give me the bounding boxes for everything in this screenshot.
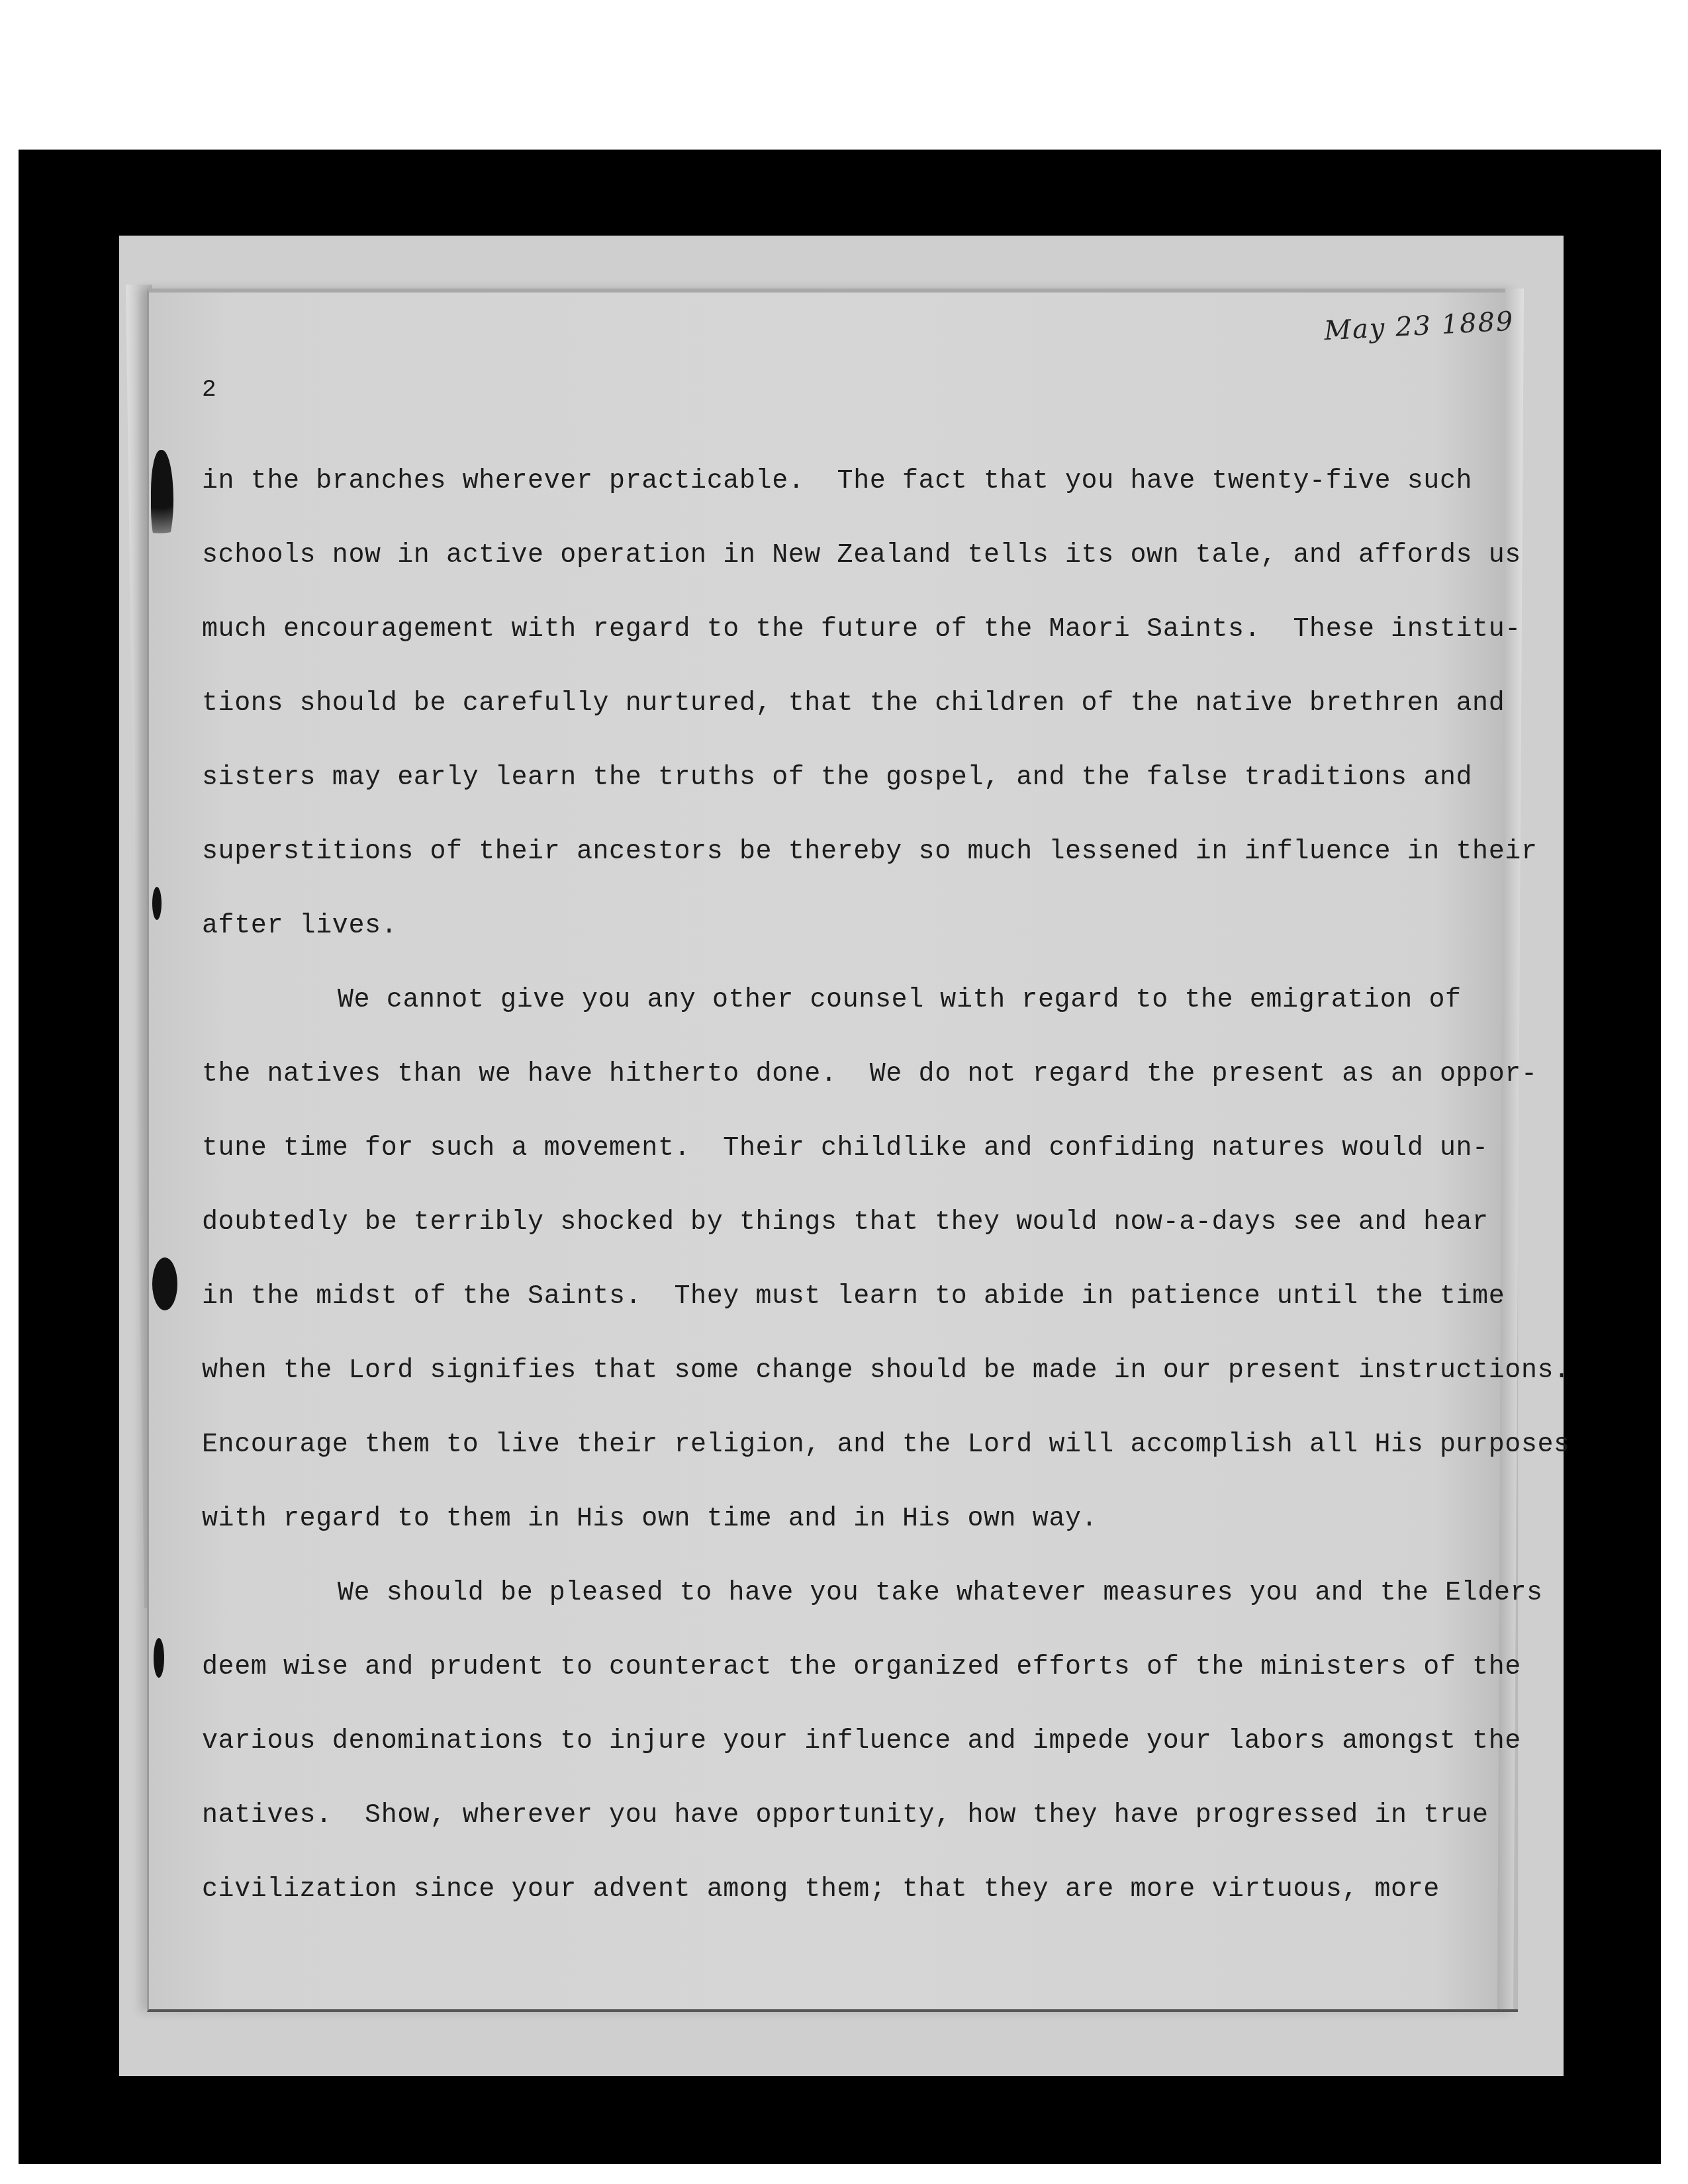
punch-hole-mark	[152, 887, 162, 920]
text-line: with regard to them in His own time and …	[202, 1482, 1513, 1557]
punch-hole-mark	[152, 1257, 177, 1310]
text-line: Encourage them to live their religion, a…	[202, 1408, 1513, 1482]
text-line: natives. Show, wherever you have opportu…	[202, 1779, 1513, 1853]
text-line: superstitions of their ancestors be ther…	[202, 815, 1513, 889]
text-line: tune time for such a movement. Their chi…	[202, 1112, 1513, 1186]
punch-hole-mark	[151, 450, 173, 549]
text-line: the natives than we have hitherto done. …	[202, 1038, 1513, 1112]
page-number: 2	[202, 376, 216, 403]
punch-hole-mark	[154, 1638, 164, 1678]
text-line: in the midst of the Saints. They must le…	[202, 1260, 1513, 1334]
text-line: when the Lord signifies that some change…	[202, 1334, 1513, 1408]
letter-body: in the branches wherever practicable. Th…	[202, 445, 1513, 1927]
text-line: doubtedly be terribly shocked by things …	[202, 1186, 1513, 1260]
paragraph-start-line: We should be pleased to have you take wh…	[202, 1557, 1513, 1631]
text-line: after lives.	[202, 889, 1513, 964]
text-line: deem wise and prudent to counteract the …	[202, 1631, 1513, 1705]
text-line: in the branches wherever practicable. Th…	[202, 445, 1513, 519]
text-line: civilization since your advent among the…	[202, 1853, 1513, 1927]
text-line: various denominations to injure your inf…	[202, 1705, 1513, 1779]
text-line: much encouragement with regard to the fu…	[202, 593, 1513, 667]
text-line: sisters may early learn the truths of th…	[202, 741, 1513, 815]
text-line: schools now in active operation in New Z…	[202, 519, 1513, 593]
paragraph-start-line: We cannot give you any other counsel wit…	[202, 964, 1513, 1038]
text-line: tions should be carefully nurtured, that…	[202, 667, 1513, 741]
